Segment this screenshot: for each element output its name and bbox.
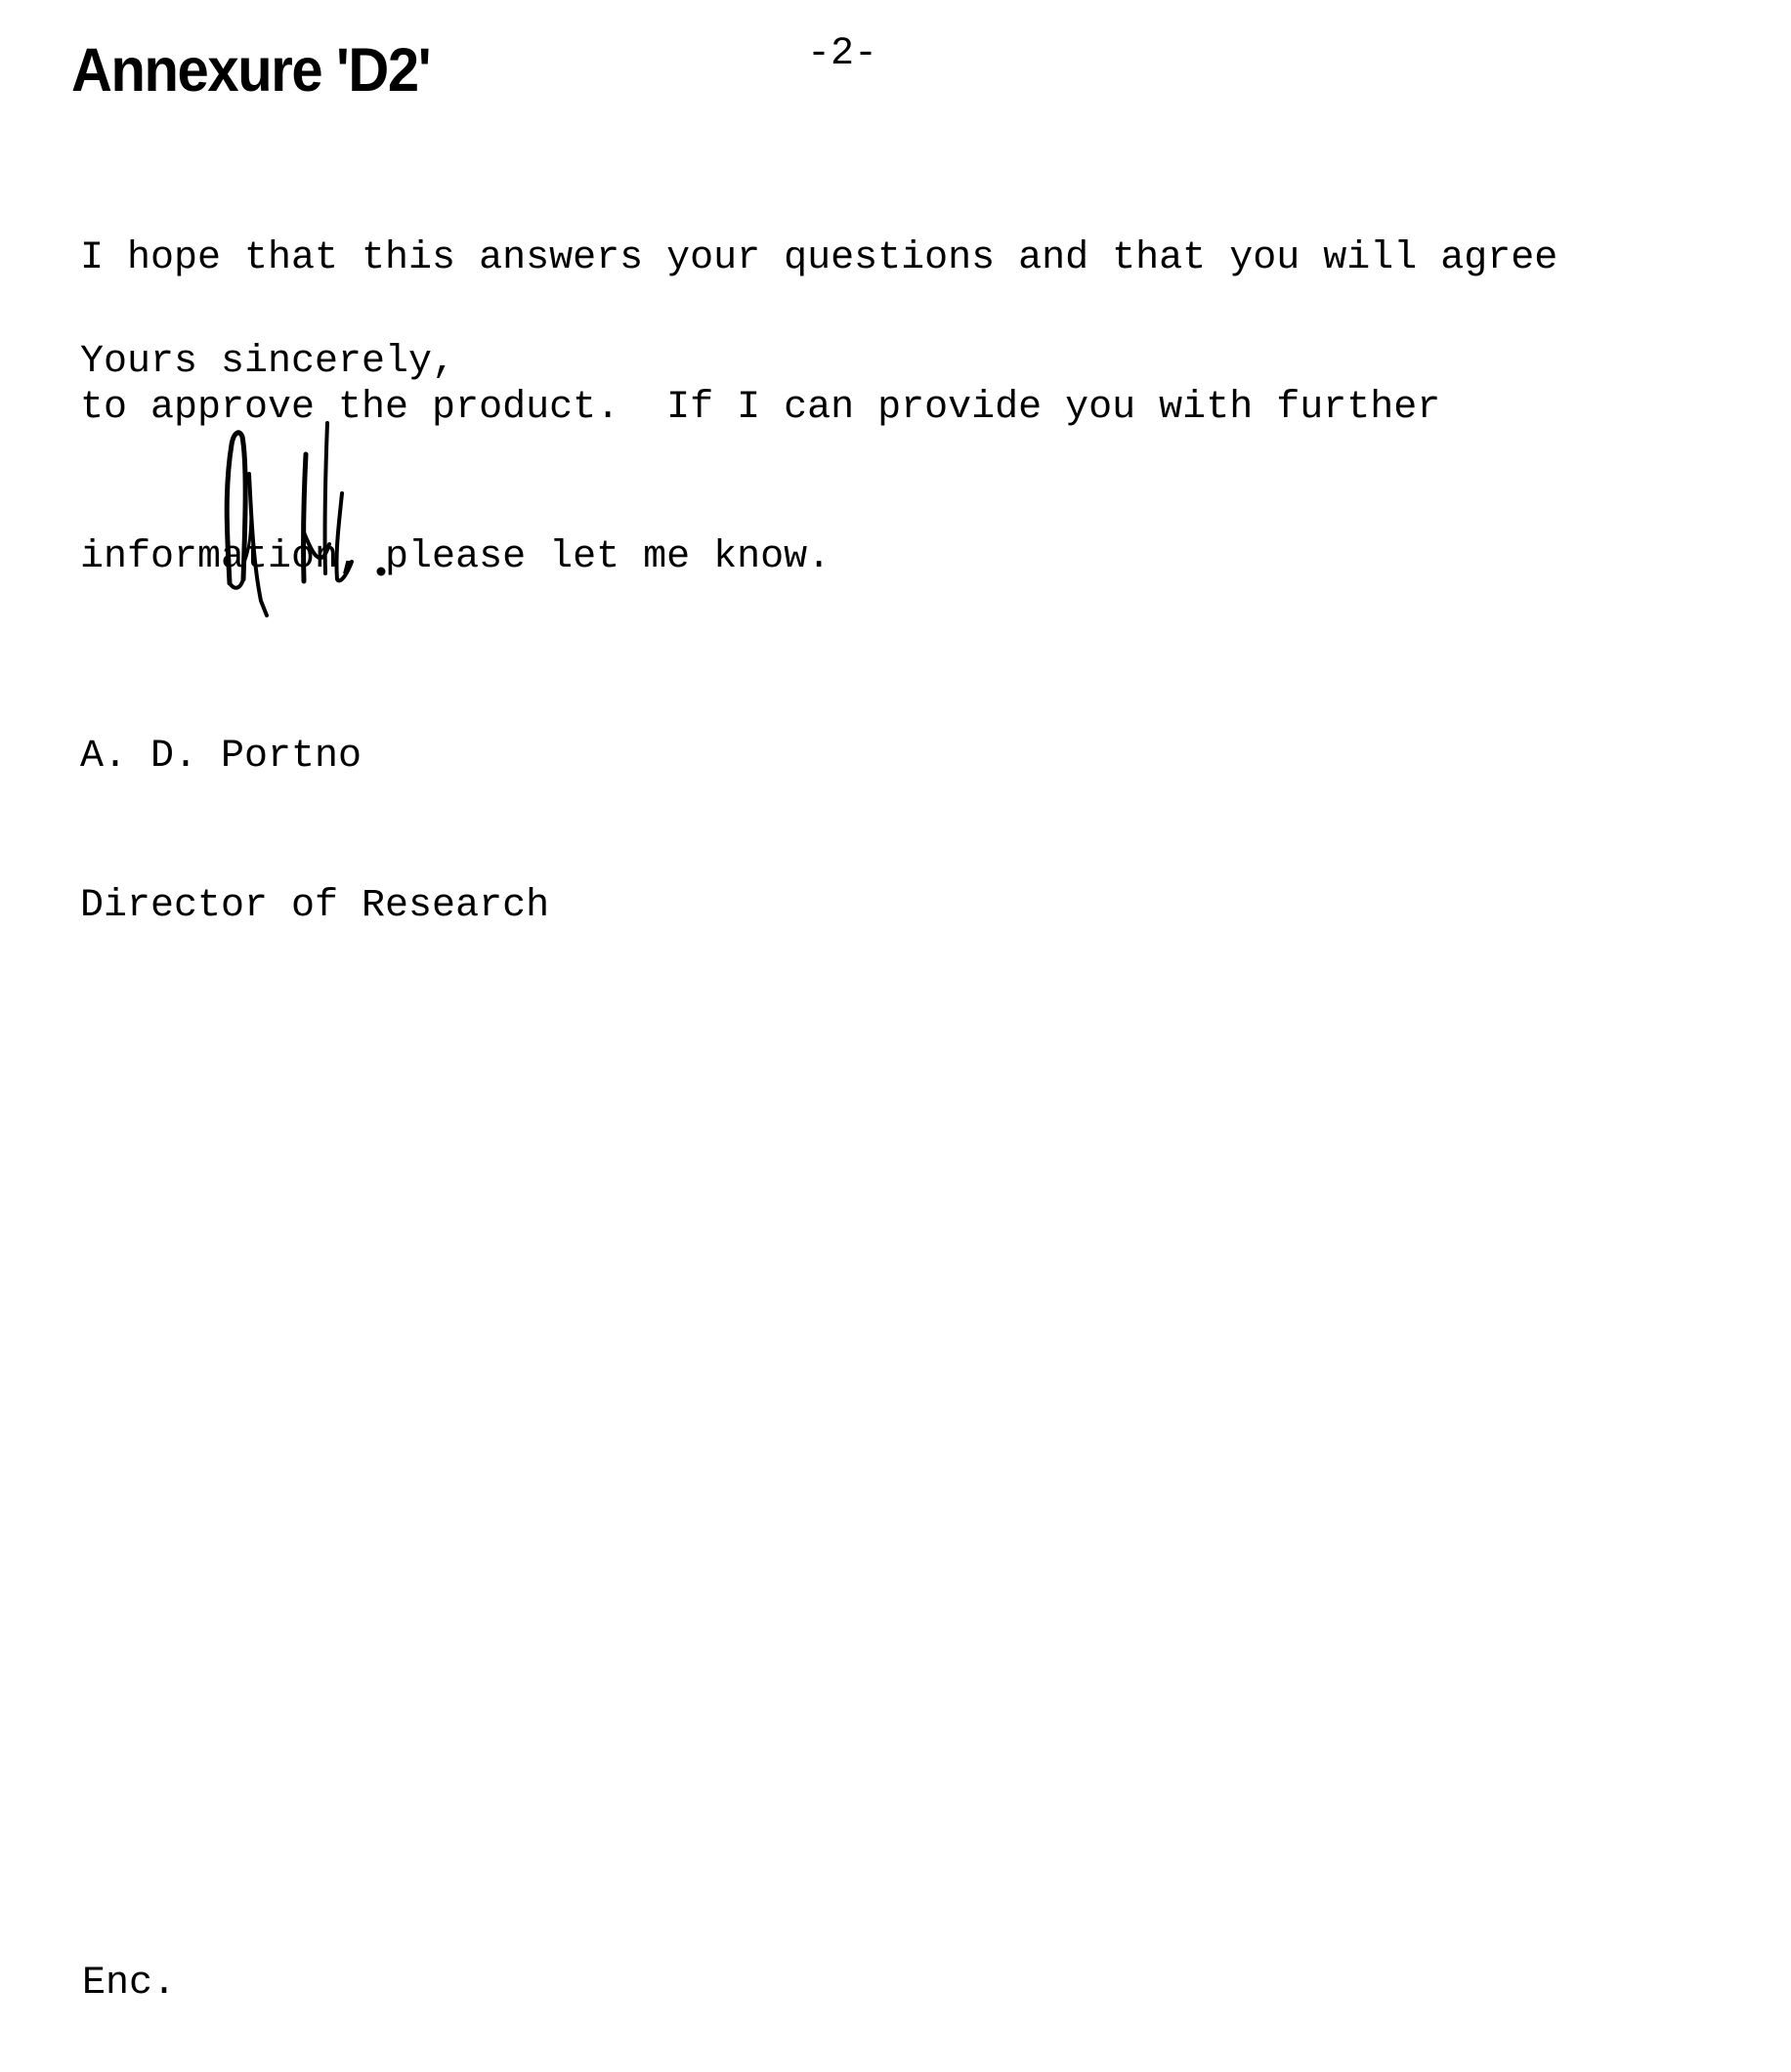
signer-title: Director of Research: [80, 881, 549, 931]
signature-icon: [210, 415, 405, 625]
signer-name: A. D. Portno: [80, 732, 549, 782]
annexure-heading: Annexure 'D2': [71, 35, 430, 106]
enclosure-note: Enc.: [82, 1959, 176, 2009]
letter-page: Annexure 'D2' -2- I hope that this answe…: [0, 0, 1791, 2072]
signer-block: A. D. Portno Director of Research: [80, 632, 549, 1031]
page-number: -2-: [807, 29, 877, 79]
body-line: I hope that this answers your questions …: [80, 233, 1557, 283]
closing-salutation: Yours sincerely,: [80, 337, 455, 387]
